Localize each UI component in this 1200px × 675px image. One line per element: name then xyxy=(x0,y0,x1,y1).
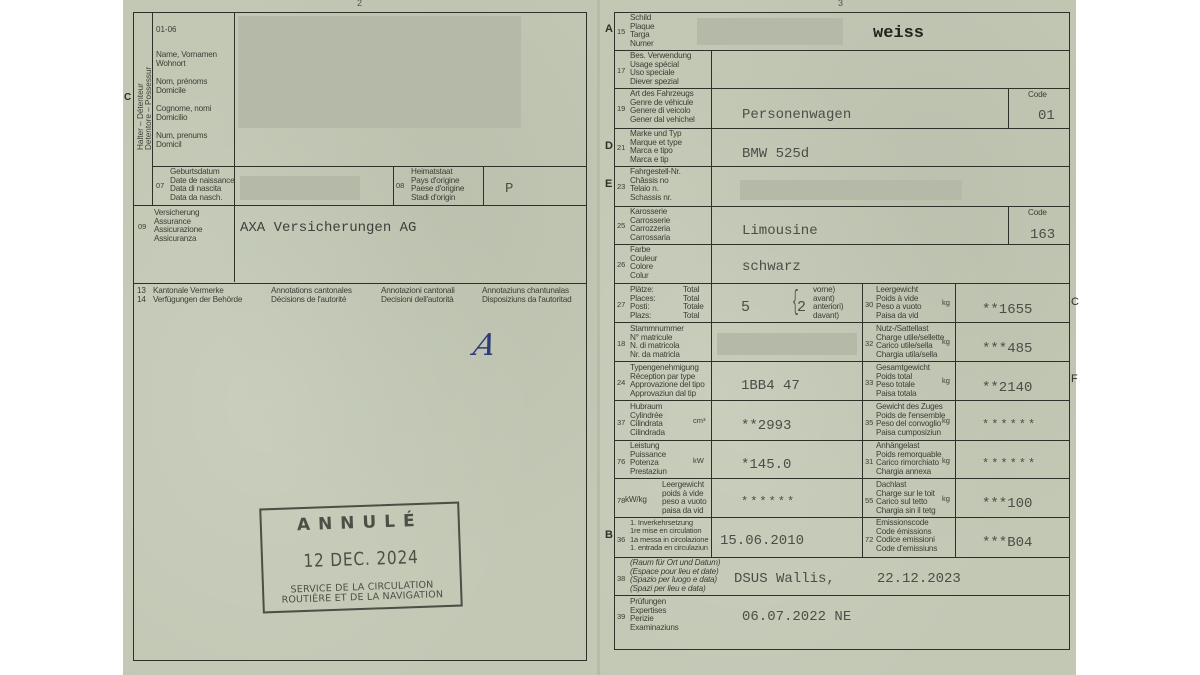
field-27-label: Plätze: Places: Posti: Plazs: xyxy=(630,286,655,320)
side-letter-a: A xyxy=(605,23,613,35)
make-model-value: BMW 525d xyxy=(742,146,809,162)
page-number-right: 3 xyxy=(838,0,843,8)
total-weight-value: **2140 xyxy=(982,380,1032,396)
divider xyxy=(614,361,1070,362)
divider xyxy=(1008,206,1009,244)
first-registration-value: 15.06.2010 xyxy=(720,533,804,549)
field-38-number: 38 xyxy=(617,574,625,583)
emission-code-value: ***B04 xyxy=(982,535,1032,551)
field-21-number: 21 xyxy=(617,143,625,152)
chassis-number-redacted xyxy=(740,180,962,200)
field-19-code-label: Code xyxy=(1028,91,1047,100)
field-01-06-number: 01-06 xyxy=(156,25,176,34)
field-09-number: 09 xyxy=(138,222,146,231)
cancellation-stamp: ANNULÉ 12 DEC. 2024 SERVICE DE LA CIRCUL… xyxy=(259,502,463,614)
field-26-number: 26 xyxy=(617,260,625,269)
field-38-label: (Raum für Ort und Datum) (Espace pour li… xyxy=(630,559,720,593)
divider xyxy=(1008,88,1009,128)
stamp-date: 12 DEC. 2024 xyxy=(277,546,444,573)
displacement-value: **2993 xyxy=(741,418,791,434)
field-19-label: Art des Fahrzeugs Genre de véhicule Gene… xyxy=(630,90,695,124)
field-21-label: Marke und Typ Marque et type Marca e tip… xyxy=(630,130,682,164)
field-17-label: Bes. Verwendung Usage spécial Uso specia… xyxy=(630,52,691,86)
field-08-label: Heimatstaat Pays d'origine Paese d'origi… xyxy=(411,168,464,202)
field-09-label: Versicherung Assurance Assicurazione Ass… xyxy=(154,209,202,243)
field-55-number: 55 xyxy=(865,496,873,505)
field-78-unit-label: kW/kg xyxy=(625,496,647,505)
divider xyxy=(711,50,712,557)
divider xyxy=(862,283,863,557)
field-27-total-label: Total Total Totale Total xyxy=(683,286,704,320)
plate-number-redacted xyxy=(697,18,843,45)
combination-weight-value: ****** xyxy=(982,418,1037,432)
body-type-code: 163 xyxy=(1030,227,1055,243)
power-value: *145.0 xyxy=(741,457,791,473)
side-letter-f: F xyxy=(1071,373,1078,385)
side-letter-d: D xyxy=(605,140,613,152)
plate-color-value: weiss xyxy=(873,24,924,43)
divider xyxy=(614,440,1070,441)
field-76-label: Leistung Puissance Potenza Prestaziun xyxy=(630,442,667,476)
field-39-number: 39 xyxy=(617,612,625,621)
side-letter-b: B xyxy=(605,529,613,541)
field-30-label: Leergewicht Poids à vide Peso a vuoto Pa… xyxy=(876,286,921,320)
holder-name-redacted xyxy=(238,16,521,128)
field-37-unit: cm³ xyxy=(693,416,706,425)
field-39-label: Prüfungen Expertises Perizie Examinaziun… xyxy=(630,598,679,632)
field-15-number: 15 xyxy=(617,27,625,36)
field-25-number: 25 xyxy=(617,221,625,230)
vehicle-type-value: Personenwagen xyxy=(742,107,851,123)
holder-vertical-label-2: Detentore – Possessur xyxy=(145,67,154,150)
field-35-label: Gewicht des Zuges Poids de l'ensemble Pe… xyxy=(876,403,945,437)
seats-front-value: 2 xyxy=(797,299,806,316)
country-of-origin-value: P xyxy=(505,181,513,197)
field-24-number: 24 xyxy=(617,378,625,387)
divider xyxy=(955,283,956,557)
divider xyxy=(614,206,1070,207)
field-26-label: Farbe Couleur Colore Colur xyxy=(630,246,657,280)
stamp-title: ANNULÉ xyxy=(262,510,459,537)
field-31-number: 31 xyxy=(865,457,873,466)
field-27-number: 27 xyxy=(617,300,625,309)
field-76-number: 76 xyxy=(617,457,625,466)
field-15-label: Schild Plaque Targa Numer xyxy=(630,14,654,48)
field-01-label-de: Name, Vornamen Wohnort xyxy=(156,51,217,68)
field-07-label: Geburtsdatum Date de naissance Data di n… xyxy=(170,168,234,202)
field-55-unit: kg xyxy=(942,494,950,503)
roof-load-value: ***100 xyxy=(982,496,1032,512)
inspection-value: 06.07.2022 NE xyxy=(742,609,851,625)
insurance-value: AXA Versicherungen AG xyxy=(240,220,416,236)
divider xyxy=(614,283,1070,284)
field-01-label-fr: Nom, prénoms Domicile xyxy=(156,78,207,95)
field-13-14-label-fr: Annotations cantonales Décisions de l'au… xyxy=(271,287,352,304)
field-35-unit: kg xyxy=(942,416,950,425)
side-letter-c: C xyxy=(1071,296,1079,308)
field-19-number: 19 xyxy=(617,104,625,113)
field-31-unit: kg xyxy=(942,456,950,465)
field-18-label: Stammnummer N° matricule N. di matricola… xyxy=(630,325,684,359)
towing-capacity-value: ****** xyxy=(982,457,1037,471)
divider xyxy=(614,322,1070,323)
field-72-number: 72 xyxy=(865,535,873,544)
field-32-unit: kg xyxy=(942,337,950,346)
field-33-number: 33 xyxy=(865,378,873,387)
field-55-label: Dachlast Charge sur le toit Carico sul t… xyxy=(876,481,935,515)
divider xyxy=(614,128,1070,129)
stamp-authority: SERVICE DE LA CIRCULATION ROUTIÈRE ET DE… xyxy=(264,580,461,607)
field-76-unit: kW xyxy=(693,456,704,465)
field-30-number: 30 xyxy=(865,300,873,309)
field-30-unit: kg xyxy=(942,298,950,307)
field-35-number: 35 xyxy=(865,418,873,427)
field-13-14-label-it: Annotazioni cantonali Decisioni dell'aut… xyxy=(381,287,455,304)
empty-weight-value: **1655 xyxy=(982,302,1032,318)
field-37-label: Hubraum Cylindrée Cilindrata Cilindrada xyxy=(630,403,665,437)
field-37-number: 37 xyxy=(617,418,625,427)
field-23-label: Fahrgestell-Nr. Châssis no Telaio n. Sch… xyxy=(630,168,681,202)
field-33-unit: kg xyxy=(942,376,950,385)
matriculation-number-redacted xyxy=(717,333,857,355)
birth-date-redacted xyxy=(240,176,360,200)
field-08-number: 08 xyxy=(396,181,404,190)
field-36-number: 36 xyxy=(617,535,625,544)
divider xyxy=(393,166,394,205)
field-32-number: 32 xyxy=(865,339,873,348)
seats-front-label: vorne) avant) anteriori) davant) xyxy=(813,286,843,320)
field-01-label-it: Cognome, nomi Domicilio xyxy=(156,105,211,122)
field-72-label: Emissionscode Code émissions Codice emis… xyxy=(876,519,937,553)
divider xyxy=(133,205,587,206)
field-13-14-label-de: Kantonale Vermerke Verfügungen der Behör… xyxy=(153,287,242,304)
field-13-14-numbers: 13 14 xyxy=(137,287,146,304)
field-78-label: Leergewicht poids à vide peso a vuoto pa… xyxy=(662,481,707,515)
divider xyxy=(483,166,484,205)
color-value: schwarz xyxy=(742,259,801,275)
body-type-value: Limousine xyxy=(742,223,818,239)
seats-total-value: 5 xyxy=(741,299,750,316)
divider xyxy=(234,12,235,282)
field-33-label: Gesamtgewicht Poids total Peso totale Pa… xyxy=(876,364,930,398)
page-number-left: 2 xyxy=(357,0,362,8)
field-18-number: 18 xyxy=(617,339,625,348)
divider xyxy=(133,283,587,284)
field-17-number: 17 xyxy=(617,66,625,75)
field-31-label: Anhängelast Poids remorquable Carico rim… xyxy=(876,442,941,476)
divider xyxy=(614,400,1070,401)
side-mark-c: C xyxy=(124,92,131,103)
field-24-label: Typengenehmigung Réception par type Appr… xyxy=(630,364,705,398)
type-approval-value: 1BB4 47 xyxy=(741,378,800,394)
side-letter-e: E xyxy=(605,178,612,190)
power-to-weight-value: ****** xyxy=(741,495,796,509)
field-25-code-label: Code xyxy=(1028,209,1047,218)
field-13-14-label-rm: Annotaziuns chantunalas Disposiziuns da … xyxy=(482,287,571,304)
divider xyxy=(614,595,1070,596)
divider xyxy=(614,166,1070,167)
field-07-number: 07 xyxy=(156,181,164,190)
field-36-label: 1. Inverkehrsetzung 1re mise en circulat… xyxy=(630,519,708,553)
field-32-label: Nutz-/Sattellast Charge utile/sellette C… xyxy=(876,325,944,359)
place-date-value: DSUS Wallis, 22.12.2023 xyxy=(734,571,961,587)
payload-value: ***485 xyxy=(982,341,1032,357)
vehicle-type-code: 01 xyxy=(1038,108,1055,124)
field-23-number: 23 xyxy=(617,182,625,191)
divider xyxy=(614,478,1070,479)
divider xyxy=(614,244,1070,245)
field-25-label: Karosserie Carrosserie Carrozzeria Carro… xyxy=(630,208,670,242)
field-01-label-rm: Num, prenums Domicil xyxy=(156,132,207,149)
